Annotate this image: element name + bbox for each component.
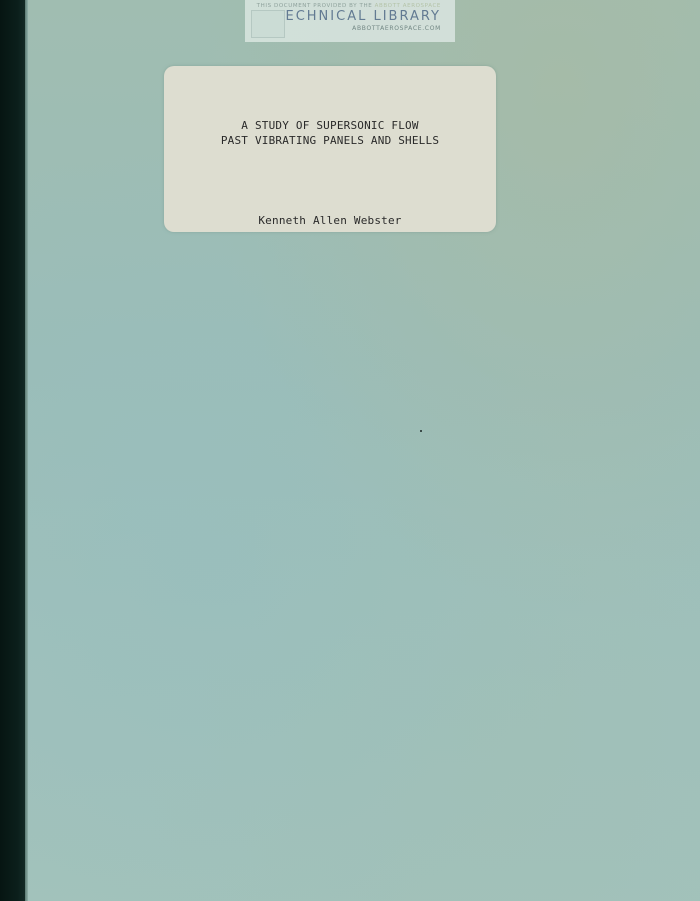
title-line-2: PAST VIBRATING PANELS AND SHELLS xyxy=(164,133,496,148)
spine-edge xyxy=(25,0,28,901)
author-name: Kenneth Allen Webster xyxy=(164,214,496,227)
paper-speck xyxy=(420,430,422,432)
title-line-1: A STUDY OF SUPERSONIC FLOW xyxy=(164,118,496,133)
document-title: A STUDY OF SUPERSONIC FLOW PAST VIBRATIN… xyxy=(164,118,496,148)
binding-spine xyxy=(0,0,25,901)
library-stamp: This document provided by the Abbott Aer… xyxy=(245,0,455,42)
stamp-provider-text: This document provided by the Abbott Aer… xyxy=(245,0,441,9)
cover-label: A STUDY OF SUPERSONIC FLOW PAST VIBRATIN… xyxy=(164,66,496,232)
book-icon xyxy=(251,10,285,38)
